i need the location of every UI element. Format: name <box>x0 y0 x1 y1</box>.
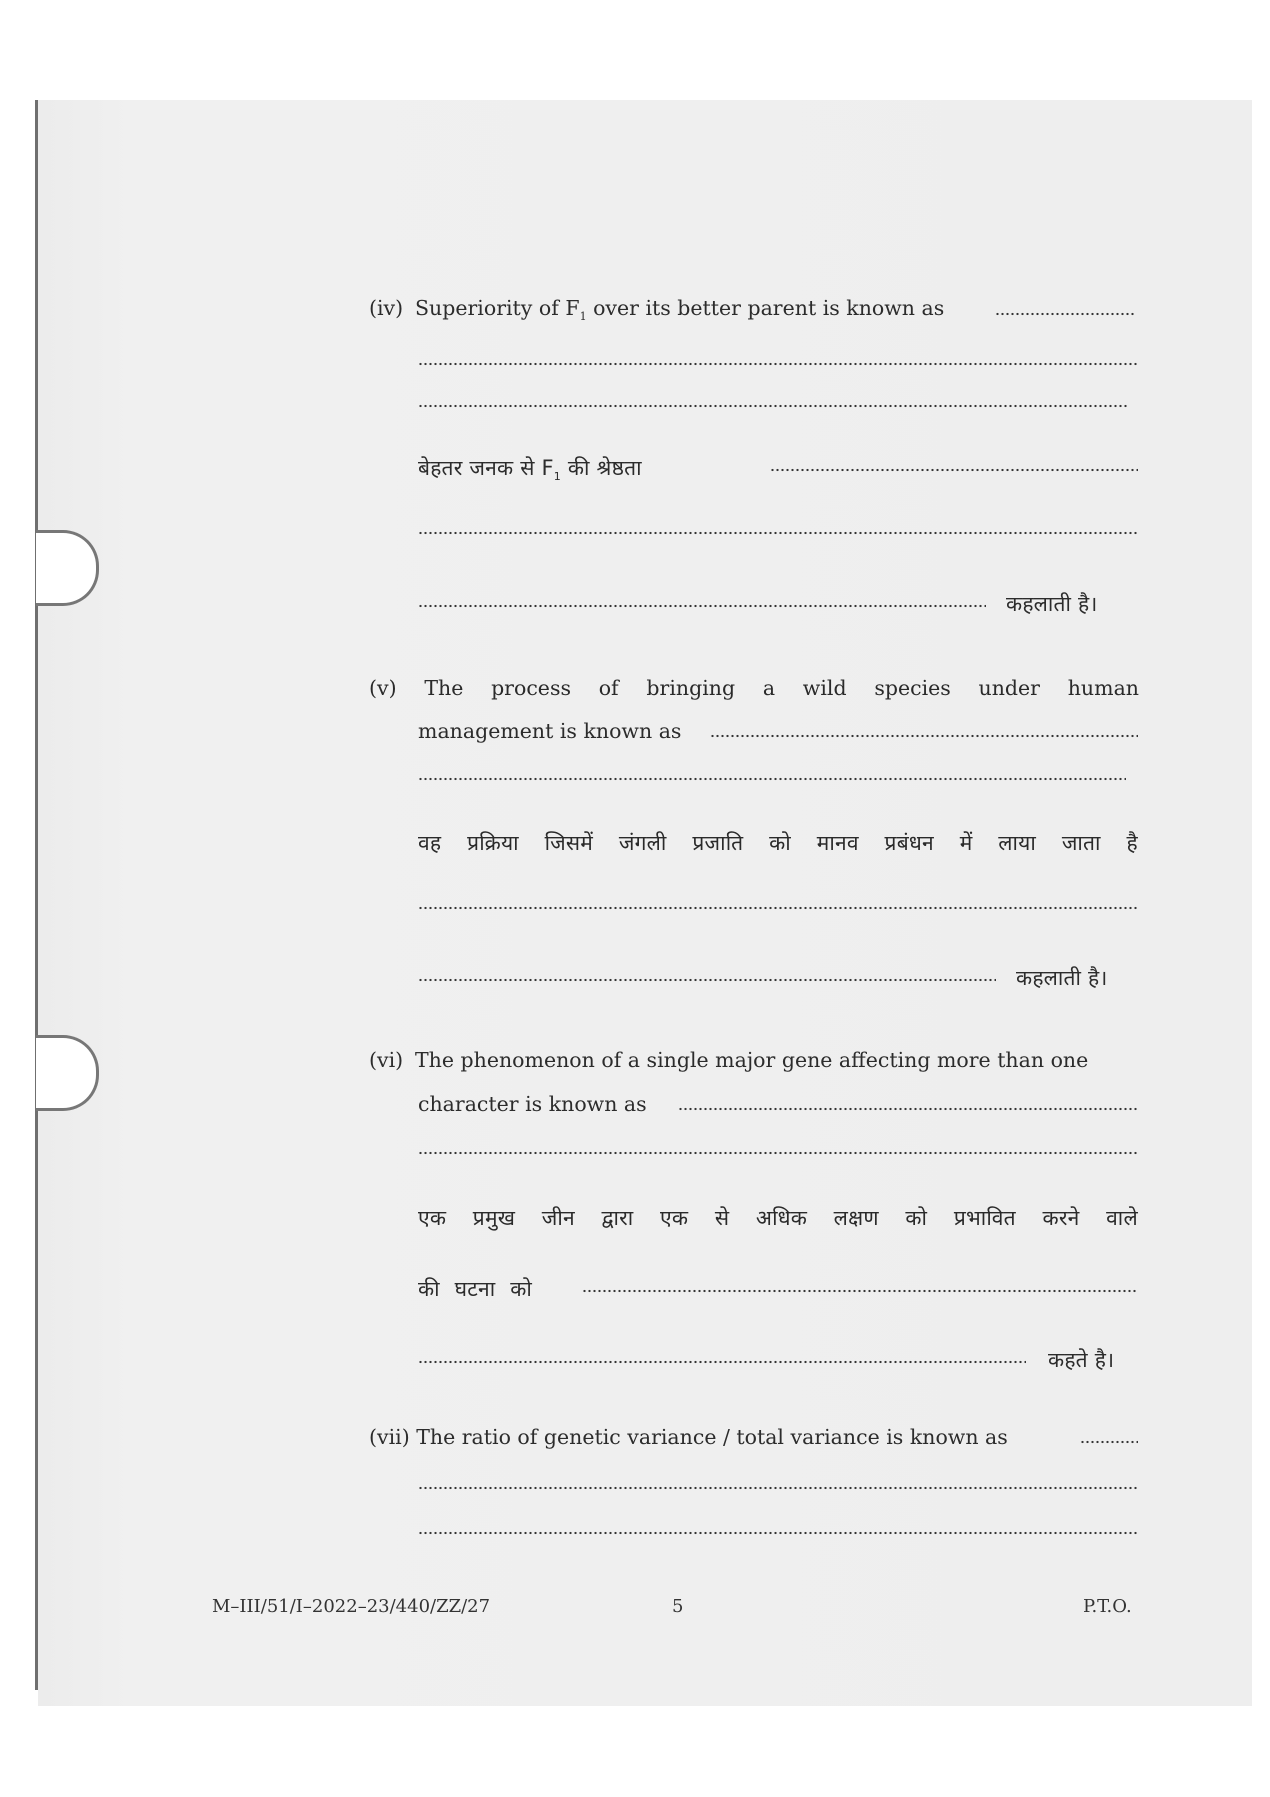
hindi-ending: कहते है। <box>1048 1347 1114 1373</box>
word: जाता <box>1062 830 1101 856</box>
answer-blank[interactable] <box>418 604 986 608</box>
word: प्रक्रिया <box>467 830 519 856</box>
question-text: over its better parent is known as <box>587 296 945 320</box>
answer-blank[interactable] <box>710 734 1138 738</box>
answer-blank[interactable] <box>582 1289 1138 1293</box>
word: प्रमुख <box>473 1205 515 1231</box>
word: human <box>1068 675 1139 701</box>
subscript: 1 <box>554 470 561 483</box>
answer-blank[interactable] <box>995 312 1135 316</box>
answer-blank[interactable] <box>418 531 1138 535</box>
word: wild <box>803 675 847 701</box>
word: लक्षण <box>834 1205 879 1231</box>
answer-blank[interactable] <box>678 1107 1138 1111</box>
word: of <box>599 675 619 701</box>
word: एक <box>418 1205 446 1231</box>
question-vii-english: (vii) The ratio of genetic variance / to… <box>369 1424 1008 1450</box>
word: वाले <box>1106 1205 1138 1231</box>
question-text: The ratio of genetic variance / total va… <box>416 1425 1008 1449</box>
page-torn-edge <box>35 100 38 1690</box>
question-text: The phenomenon of a single major gene af… <box>415 1048 1088 1072</box>
paper-code: M–III/51/I–2022–23/440/ZZ/27 <box>212 1596 490 1617</box>
word: जंगली <box>619 830 667 856</box>
question-text: Superiority of F <box>415 296 580 320</box>
word: a <box>763 675 775 701</box>
hindi-ending: कहलाती है। <box>1006 591 1098 617</box>
hindi-ending: कहलाती है। <box>1016 965 1108 991</box>
answer-blank[interactable] <box>418 1531 1138 1535</box>
answer-blank[interactable] <box>418 404 1128 408</box>
question-text: की श्रेष्ठता <box>561 456 642 480</box>
question-vi-english-line1: (vi)The phenomenon of a single major gen… <box>369 1047 1088 1073</box>
word: प्रबंधन <box>885 830 934 856</box>
word: में <box>960 830 973 856</box>
word: है <box>1126 830 1137 856</box>
word: under <box>979 675 1040 701</box>
question-v-english-line2: management is known as <box>418 718 681 744</box>
word: को <box>905 1205 927 1231</box>
question-iv-hindi: बेहतर जनक से F1 की श्रेष्ठता <box>418 455 642 490</box>
please-turn-over: P.T.O. <box>1083 1596 1132 1617</box>
exam-page <box>38 100 1252 1706</box>
question-number: (vii) <box>369 1425 410 1449</box>
subscript: 1 <box>580 310 587 323</box>
word: प्रभावित <box>954 1205 1016 1231</box>
word: को <box>769 830 791 856</box>
answer-blank[interactable] <box>418 1151 1138 1155</box>
answer-blank[interactable] <box>418 1360 1026 1364</box>
word: करने <box>1043 1205 1080 1231</box>
word: जीन <box>542 1205 575 1231</box>
page-number: 5 <box>672 1596 683 1617</box>
answer-blank[interactable] <box>418 777 1126 781</box>
word: जिसमें <box>545 830 593 856</box>
question-number: (iv) <box>369 295 415 321</box>
answer-blank[interactable] <box>418 978 996 982</box>
question-vi-hindi-line2: की घटना को <box>418 1276 532 1302</box>
question-number: (vi) <box>369 1047 415 1073</box>
word: The <box>424 675 463 701</box>
word: bringing <box>646 675 735 701</box>
question-iv-english: (iv)Superiority of F1 over its better pa… <box>369 295 944 330</box>
answer-blank[interactable] <box>770 468 1138 472</box>
word: process <box>491 675 571 701</box>
question-number: (v) <box>369 675 397 701</box>
word: द्वारा <box>601 1205 633 1231</box>
answer-blank[interactable] <box>1080 1440 1138 1444</box>
word: से <box>715 1205 729 1231</box>
question-v-english-line1: (v) The process of bringing a wild speci… <box>369 675 1139 701</box>
question-vi-english-line2: character is known as <box>418 1091 647 1117</box>
answer-blank[interactable] <box>418 1486 1138 1490</box>
word: एक <box>660 1205 688 1231</box>
word: मानव <box>817 830 859 856</box>
word: लाया <box>998 830 1036 856</box>
question-vi-hindi-line1: एक प्रमुख जीन द्वारा एक से अधिक लक्षण को… <box>418 1205 1138 1231</box>
question-v-hindi-line1: वह प्रक्रिया जिसमें जंगली प्रजाति को मान… <box>418 830 1138 856</box>
word: species <box>874 675 950 701</box>
word: वह <box>418 830 441 856</box>
answer-blank[interactable] <box>418 362 1138 366</box>
answer-blank[interactable] <box>418 906 1138 910</box>
word: प्रजाति <box>692 830 743 856</box>
question-text: बेहतर जनक से F <box>418 456 554 480</box>
word: अधिक <box>756 1205 807 1231</box>
